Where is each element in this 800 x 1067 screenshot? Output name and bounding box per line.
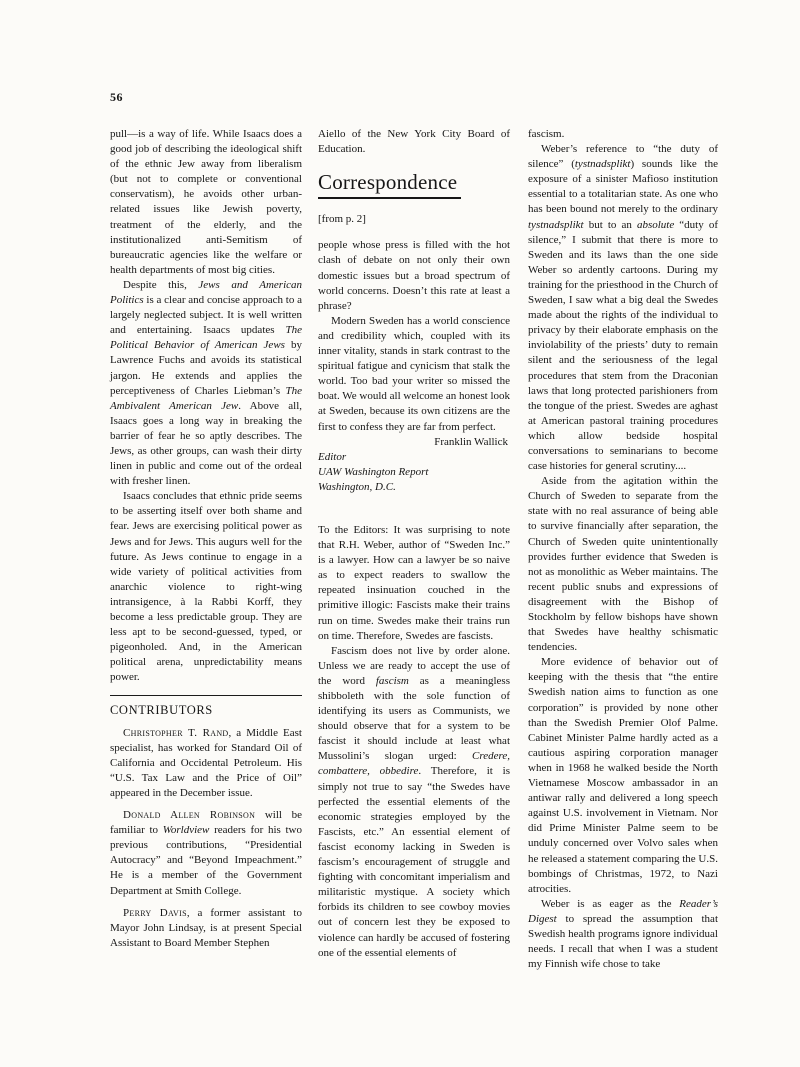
small-caps-name: Christopher T. Rand [123,727,228,739]
body-text: pull—is a way of life. While Isaacs does… [110,128,302,276]
signature-name: Franklin Wallick [318,435,510,450]
paragraph: Isaacs concludes that ethnic pride seems… [110,489,302,685]
signature-organization: UAW Washington Report [318,465,510,480]
paragraph: people whose press is filled with the ho… [318,238,510,313]
signature-block: Franklin Wallick Editor UAW Washington R… [318,435,510,495]
paragraph: Weber is as eager as the Reader’s Digest… [528,897,718,972]
body-text: “duty of silence,” I submit that there i… [528,219,718,473]
paragraph: fascism. [528,127,718,142]
italic-text: absolute [637,219,674,231]
letter1-body: people whose press is filled with the ho… [318,238,510,434]
italic-text: tystnadsplikt [528,219,584,231]
body-text: . Therefore, it is simply not true to sa… [318,765,510,958]
signature-title: Editor [318,450,510,465]
signature-location: Washington, D.C. [318,480,510,495]
body-text: Isaacs concludes that ethnic pride seems… [110,490,302,683]
paragraph: Weber’s reference to “the duty of silenc… [528,142,718,474]
italic-text: Worldview [163,824,210,836]
middle-continuation: Aiello of the New York City Board of Edu… [318,127,510,157]
italic-text: tystnadsplikt [575,158,631,170]
section-divider-rule [110,695,302,696]
contributors-body: Christopher T. Rand, a Middle East speci… [110,726,302,951]
body-text: people whose press is filled with the ho… [318,239,510,311]
correspondence-heading: Correspondence [318,171,461,199]
body-text: . Above all, Isaacs goes a long way in b… [110,400,302,487]
paragraph: pull—is a way of life. While Isaacs does… [110,127,302,278]
page-number: 56 [110,90,123,105]
small-caps-name: Perry Davis [123,907,187,919]
paragraph: Fascism does not live by order alone. Un… [318,644,510,961]
body-text: Aiello of the New York City Board of Edu… [318,128,510,155]
paragraph: Perry Davis, a former assistant to Mayor… [110,906,302,951]
paragraph: To the Editors: It was surprising to not… [318,523,510,644]
body-text: to spread the assumption that Swedish he… [528,913,718,970]
left-column: pull—is a way of life. While Isaacs does… [110,127,302,951]
body-text: Aside from the agitation within the Chur… [528,475,718,653]
middle-column: Aiello of the New York City Board of Edu… [318,127,510,961]
paragraph: Donald Allen Robinson will be familiar t… [110,808,302,899]
italic-text: fascism [376,675,409,687]
magazine-page: 56 pull—is a way of life. While Isaacs d… [0,0,800,1067]
right-column: fascism.Weber’s reference to “the duty o… [528,127,718,972]
paragraph: Modern Sweden has a world conscience and… [318,314,510,435]
paragraph: More evidence of behavior out of keeping… [528,655,718,897]
body-text: but to an [584,219,637,231]
left-column-body: pull—is a way of life. While Isaacs does… [110,127,302,685]
paragraph: Aiello of the New York City Board of Edu… [318,127,510,157]
from-page-note: [from p. 2] [318,212,510,227]
small-caps-name: Donald Allen Robinson [123,809,255,821]
letter2-body: To the Editors: It was surprising to not… [318,523,510,961]
paragraph: Christopher T. Rand, a Middle East speci… [110,726,302,801]
body-text: Despite this, [123,279,198,291]
right-column-body: fascism.Weber’s reference to “the duty o… [528,127,718,972]
contributors-section: CONTRIBUTORS Christopher T. Rand, a Midd… [110,695,302,950]
body-text: fascism. [528,128,564,140]
body-text: Weber is as eager as the [541,898,679,910]
body-text: More evidence of behavior out of keeping… [528,656,718,894]
paragraph: Aside from the agitation within the Chur… [528,474,718,655]
paragraph: Despite this, Jews and American Politics… [110,278,302,489]
body-text: Modern Sweden has a world conscience and… [318,315,510,433]
contributors-heading: CONTRIBUTORS [110,703,302,718]
body-text: To the Editors: It was surprising to not… [318,524,510,642]
